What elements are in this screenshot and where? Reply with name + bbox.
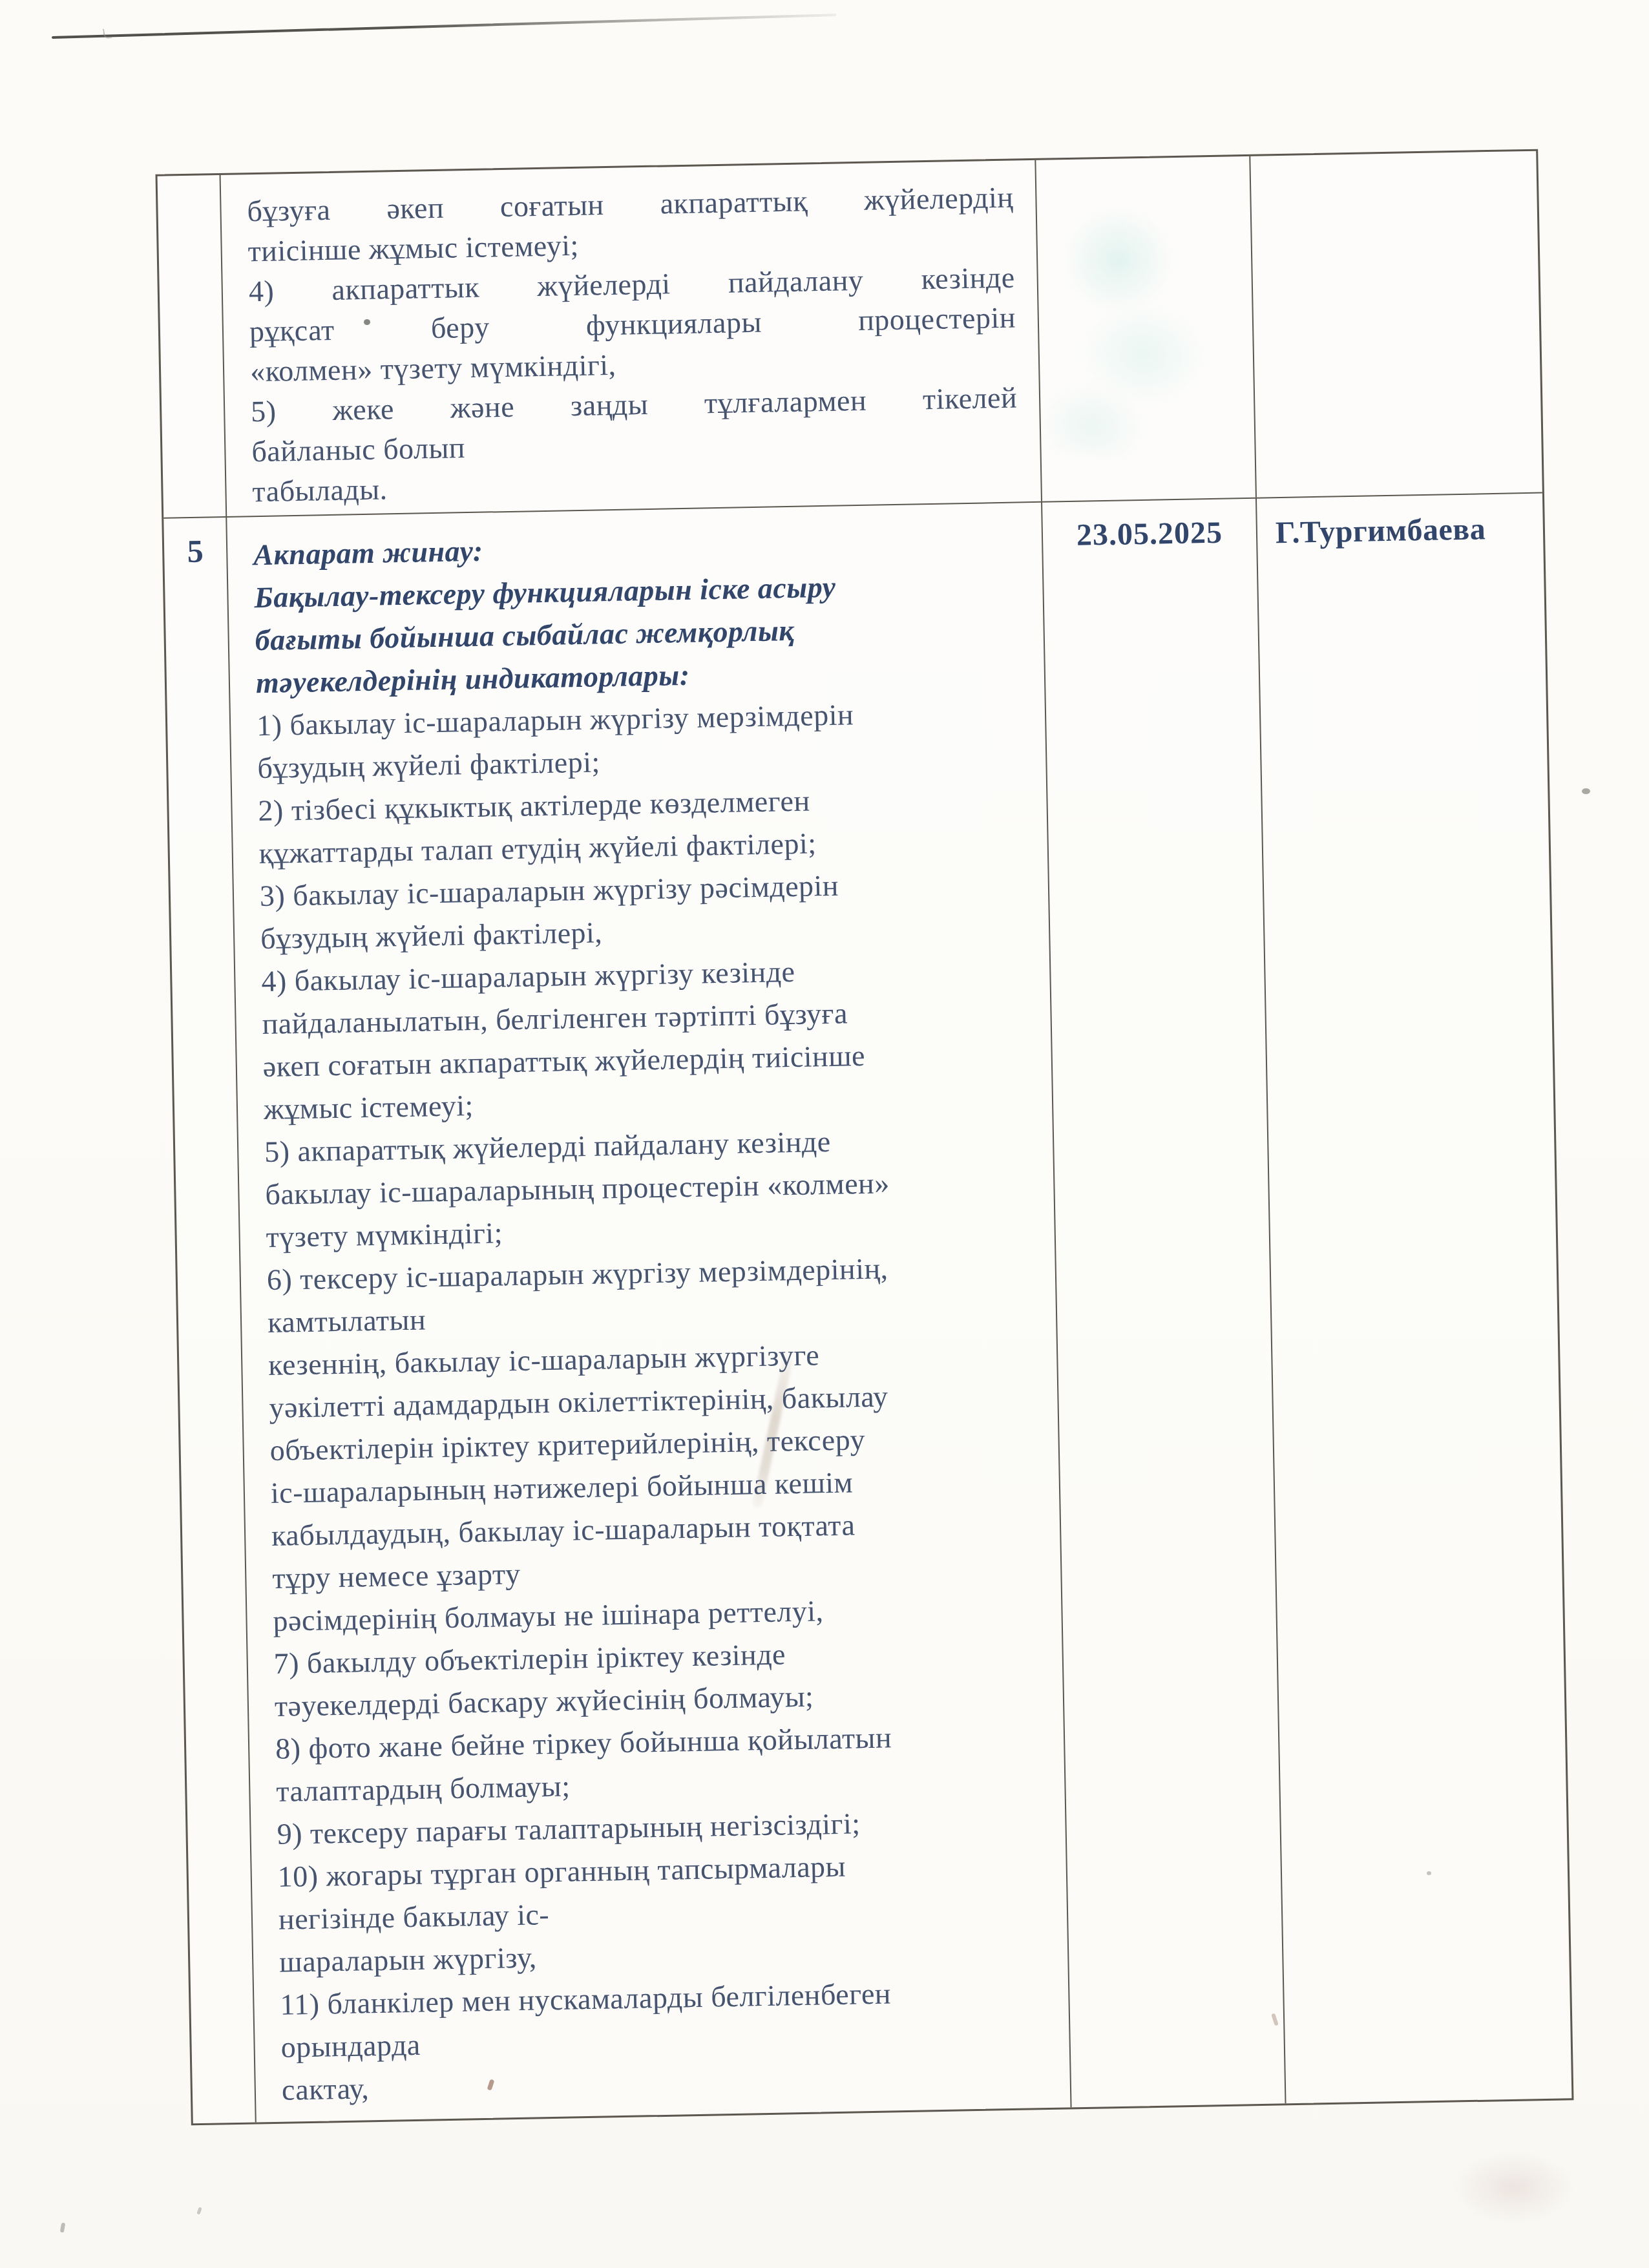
activity-text: Акпарат жинау:Бақылау-тексеру функциялар… bbox=[253, 520, 1049, 2111]
scan-artifact-tick bbox=[103, 28, 112, 39]
date-cell bbox=[1035, 156, 1255, 501]
scanned-page: бұзуға әкеп соғатын акпараттық жүйелерді… bbox=[0, 0, 1649, 2268]
activity-cell: бұзуға әкеп соғатын акпараттық жүйелерді… bbox=[220, 160, 1041, 516]
activity-text: бұзуға әкеп соғатын акпараттық жүйелерді… bbox=[247, 178, 1019, 512]
scan-speck bbox=[60, 2223, 66, 2233]
scan-speck bbox=[196, 2207, 202, 2214]
responsible-cell: Г.Тургимбаева bbox=[1255, 492, 1571, 2104]
scan-speck bbox=[1582, 788, 1590, 794]
responsible-cell bbox=[1249, 151, 1542, 498]
scan-artifact-page-edge-line bbox=[52, 14, 837, 39]
activity-cell: Акпарат жинау:Бақылау-тексеру функциялар… bbox=[226, 501, 1070, 2123]
scan-smudge-pink bbox=[1453, 2152, 1575, 2223]
risk-indicators-table: бұзуға әкеп соғатын акпараттық жүйелерді… bbox=[156, 149, 1574, 2126]
row-number-cell bbox=[158, 175, 226, 518]
date-cell: 23.05.2025 bbox=[1041, 498, 1285, 2108]
